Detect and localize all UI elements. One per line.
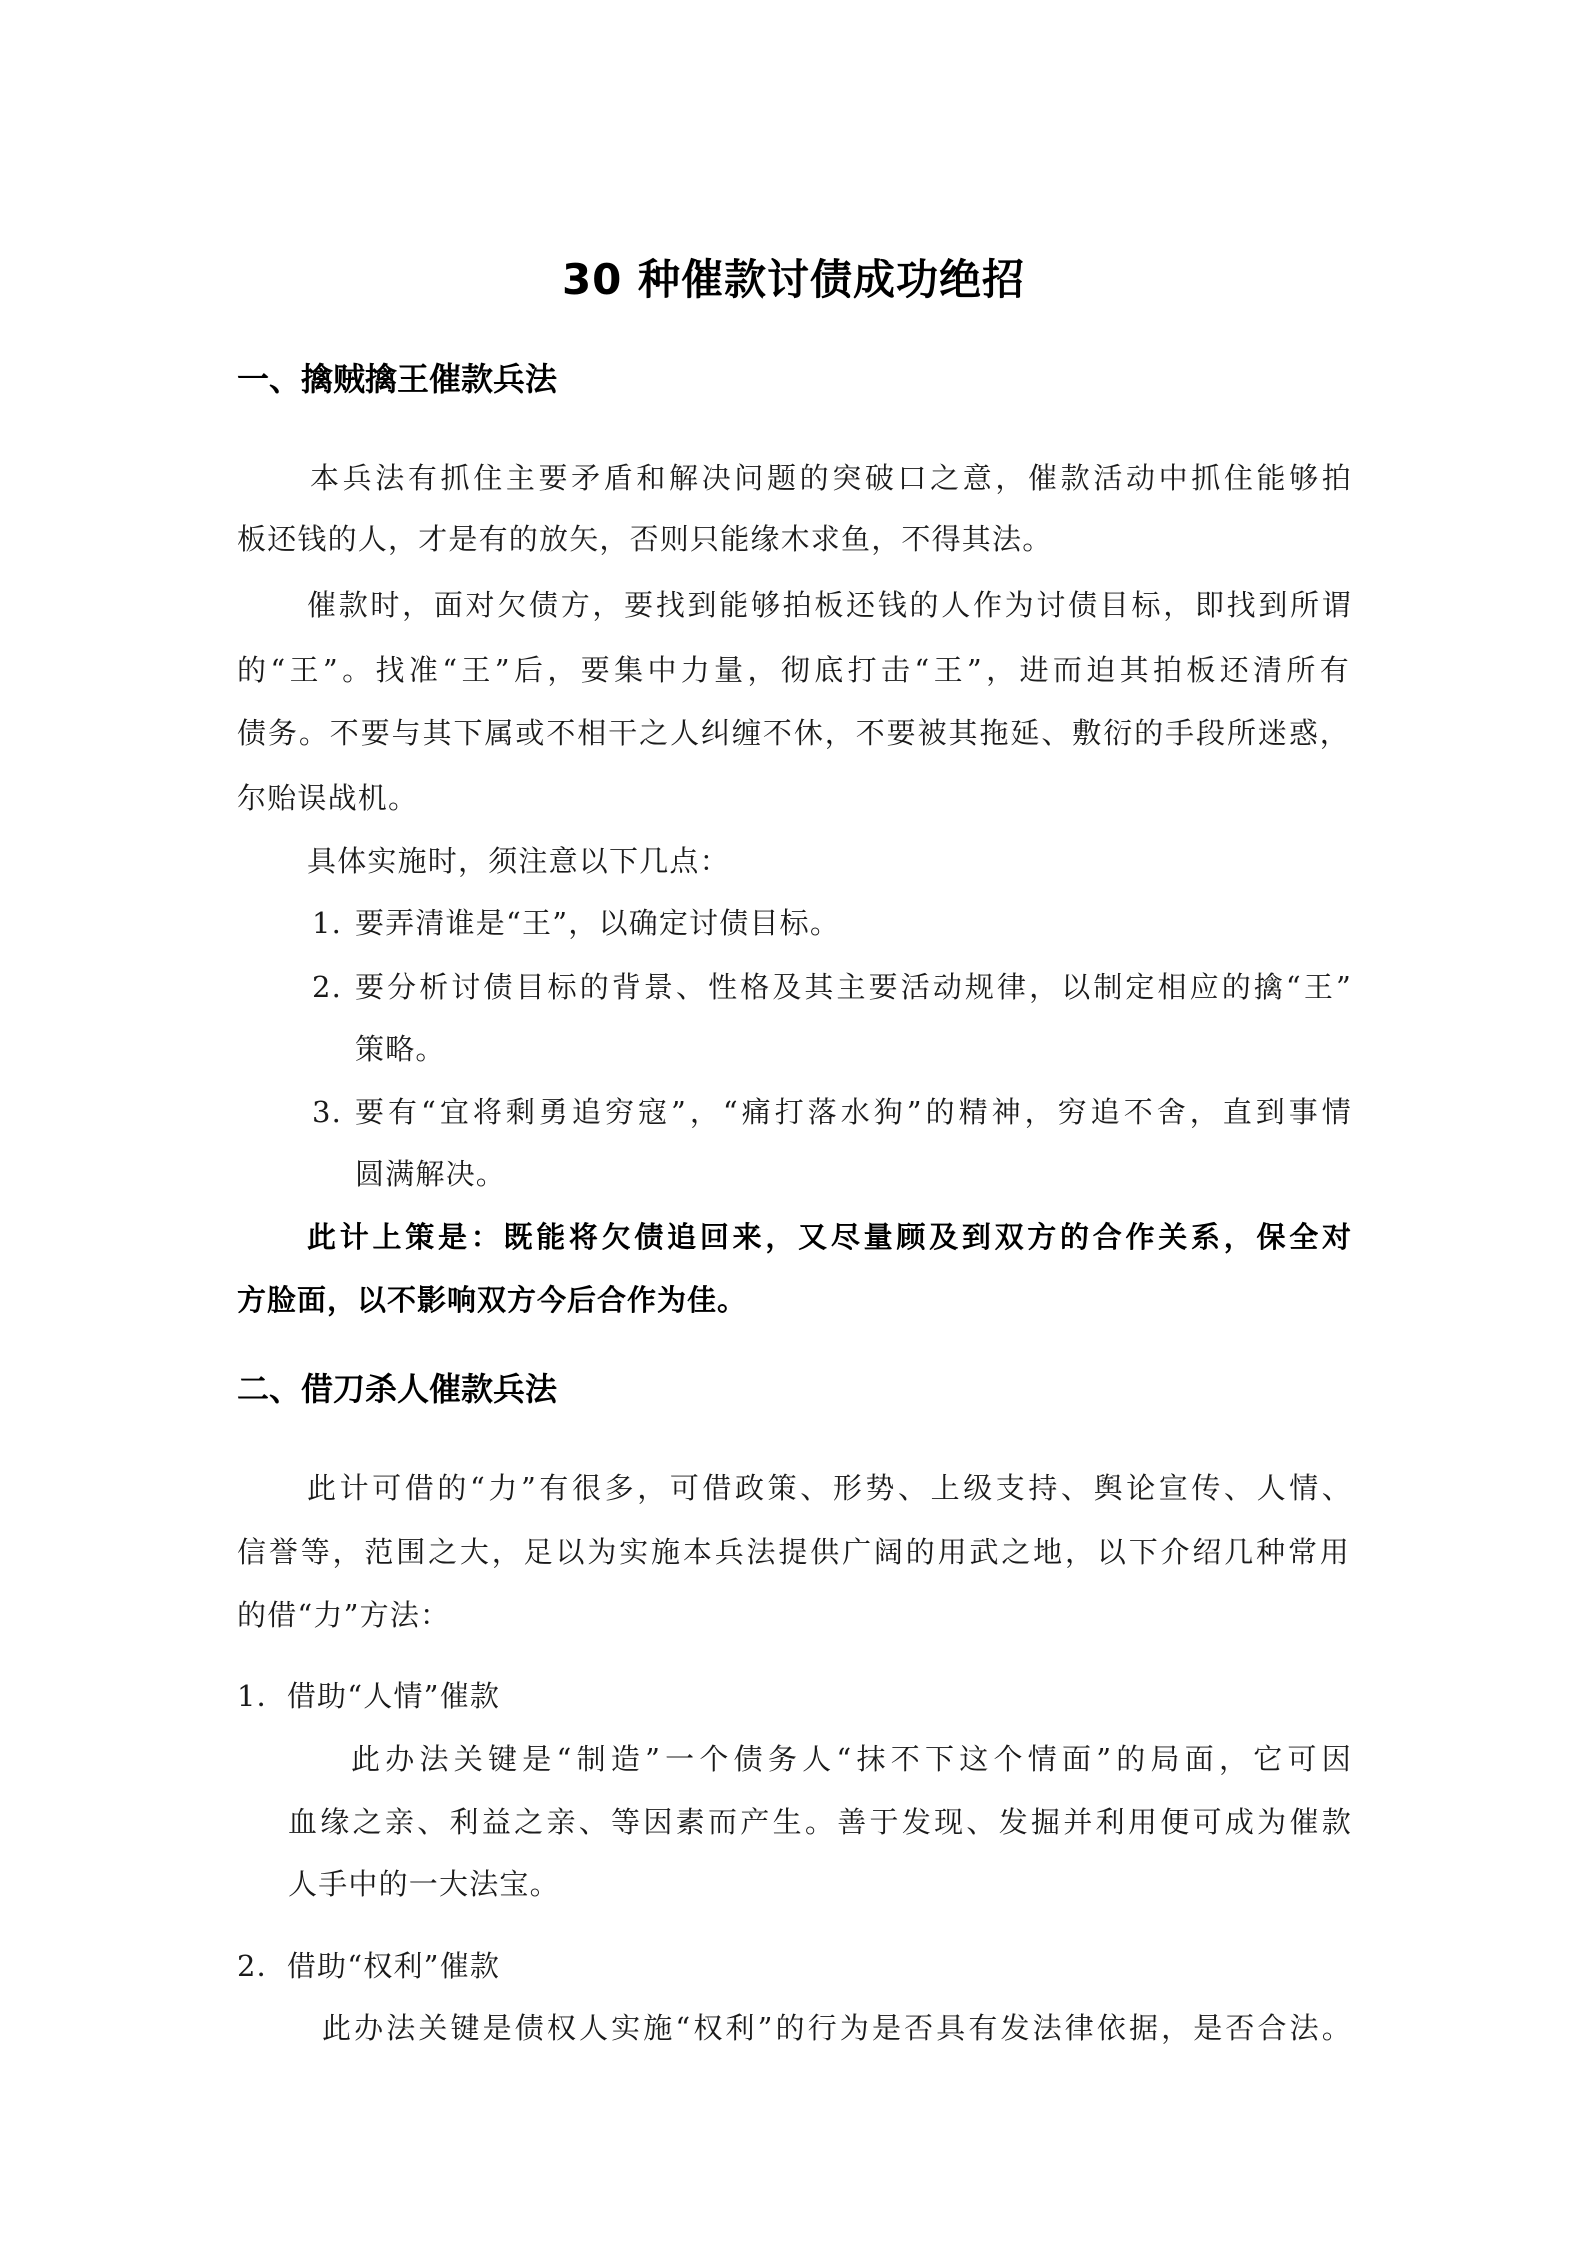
section-1-paragraph-2-line-1: 催款时，面对欠债方，要找到能够拍板还钱的人作为讨债目标，即找到所谓	[307, 583, 1352, 627]
section-1-conclusion-line-1: 此计上策是：既能将欠债追回来，又尽量顾及到双方的合作关系，保全对	[307, 1215, 1352, 1259]
list-item-3-text-line-2: 圆满解决。	[355, 1152, 506, 1196]
subsection-1-line-1: 此办法关键是“制造”一个债务人“抹不下这个情面”的局面，它可因	[351, 1737, 1352, 1781]
subsection-1-line-3: 人手中的一大法宝。	[288, 1862, 560, 1906]
section-1-paragraph-2-line-2: 的“王”。找准“王”后，要集中力量，彻底打击“王”，进而迫其拍板还清所有	[237, 648, 1350, 692]
list-item-2-text-line-2: 策略。	[355, 1027, 446, 1071]
list-item-2-text-line-1: 要分析讨债目标的背景、性格及其主要活动规律，以制定相应的擒“王”	[355, 965, 1352, 1009]
list-item-1-text: 要弄清谁是“王”，以确定讨债目标。	[355, 901, 840, 945]
subsection-1-title: 1．借助“人情”催款	[237, 1674, 500, 1718]
section-2-intro-line-2: 信誉等，范围之大，足以为实施本兵法提供广阔的用武之地，以下介绍几种常用	[237, 1530, 1350, 1574]
subsection-2-line-1: 此办法关键是债权人实施“权利”的行为是否具有发法律依据，是否合法。	[322, 2006, 1352, 2050]
section-1-paragraph-1-line-2: 板还钱的人，才是有的放矢，否则只能缘木求鱼，不得其法。	[237, 517, 1052, 561]
section-1-conclusion-line-2: 方脸面，以不影响双方今后合作为佳。	[237, 1278, 747, 1322]
subsection-1-line-2: 血缘之亲、利益之亲、等因素而产生。善于发现、发掘并利用便可成为催款	[288, 1800, 1352, 1844]
list-item-1-number: 1.	[312, 901, 342, 945]
section-1-paragraph-2-line-4: 尔贻误战机。	[237, 776, 418, 820]
section-2-intro-line-3: 的借“力”方法：	[237, 1593, 450, 1637]
list-item-3-text-line-1: 要有“宜将剩勇追穷寇”，“痛打落水狗”的精神，穷追不舍，直到事情	[355, 1090, 1352, 1134]
section-2-heading: 二、借刀杀人催款兵法	[237, 1366, 557, 1412]
document-title: 30 种催款讨债成功绝招	[0, 250, 1587, 310]
section-1-heading: 一、擒贼擒王催款兵法	[237, 356, 557, 402]
document-page: 30 种催款讨债成功绝招 一、擒贼擒王催款兵法 本兵法有抓住主要矛盾和解决问题的…	[0, 0, 1587, 2245]
section-1-paragraph-3: 具体实施时，须注意以下几点：	[307, 839, 730, 883]
section-2-intro-line-1: 此计可借的“力”有很多，可借政策、形势、上级支持、舆论宣传、人情、	[307, 1466, 1352, 1510]
list-item-3-number: 3.	[312, 1090, 342, 1134]
section-1-paragraph-2-line-3: 债务。不要与其下属或不相干之人纠缠不休，不要被其拖延、敷衍的手段所迷惑，	[237, 711, 1350, 755]
list-item-2-number: 2.	[312, 965, 342, 1009]
subsection-2-title: 2．借助“权利”催款	[237, 1944, 500, 1988]
section-1-paragraph-1-line-1: 本兵法有抓住主要矛盾和解决问题的突破口之意，催款活动中抓住能够拍	[310, 456, 1352, 500]
